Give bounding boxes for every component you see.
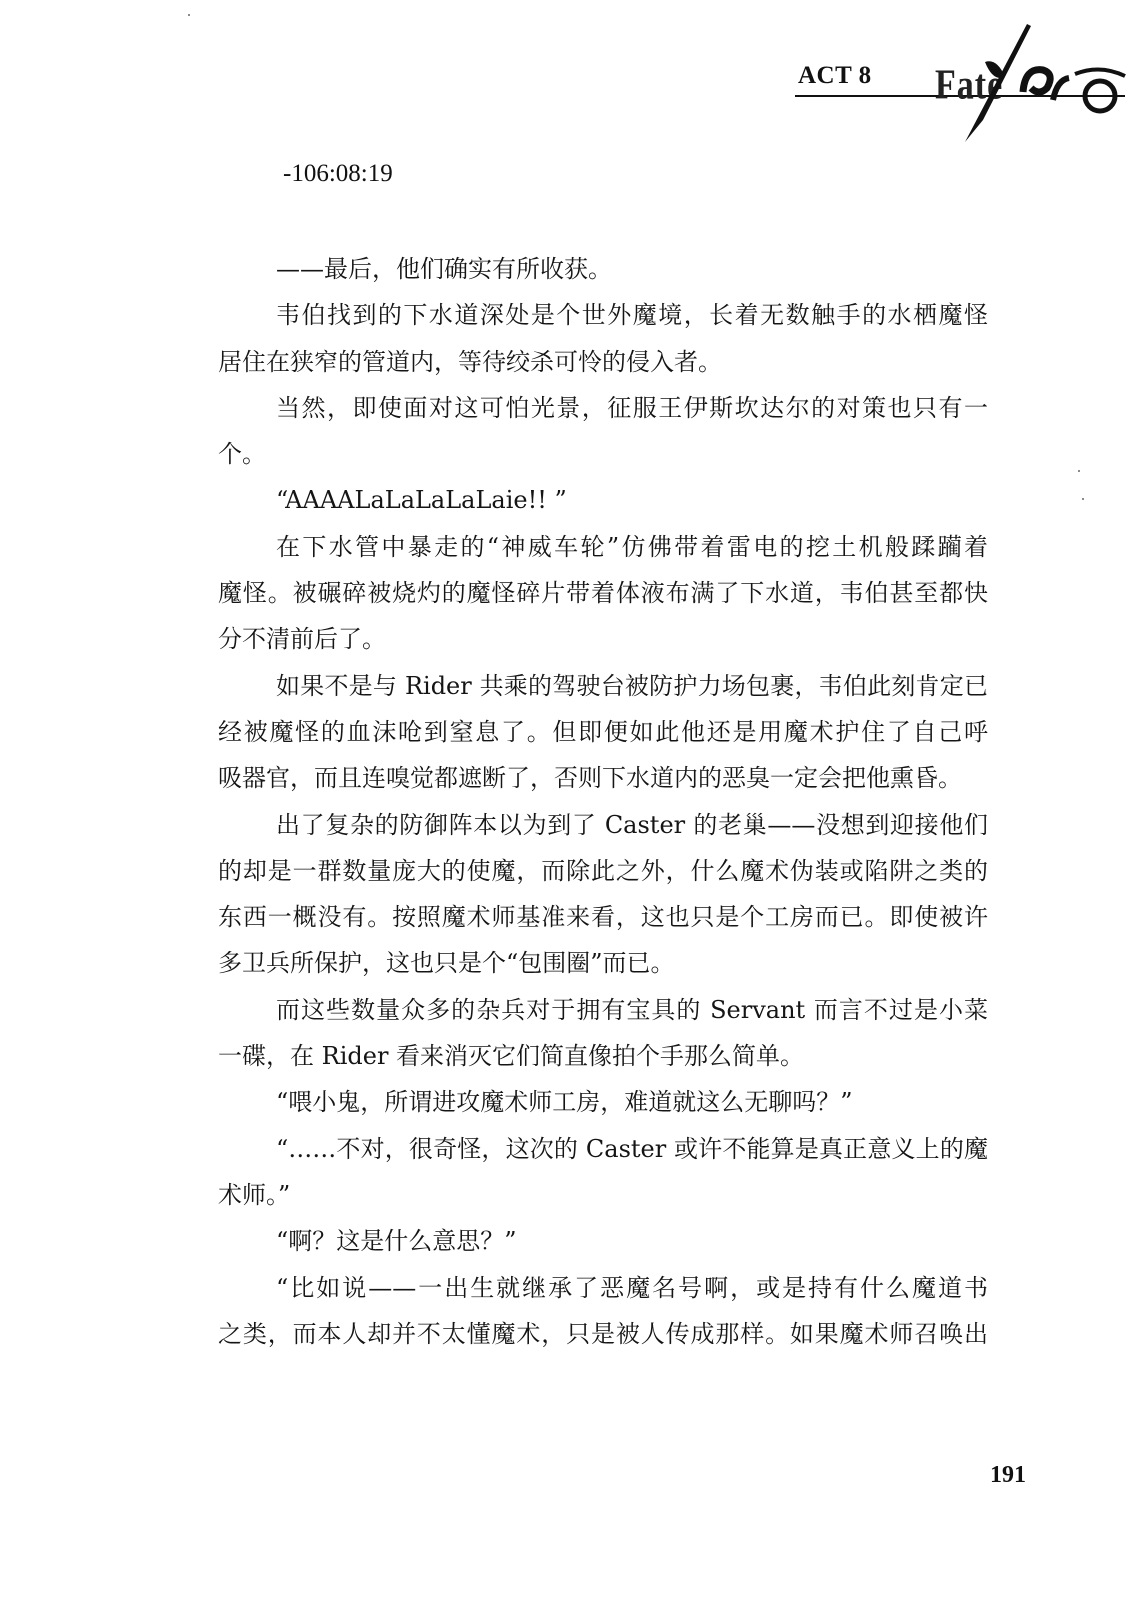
scene-timestamp: -106:08:19 xyxy=(283,160,393,188)
text-line: 魔怪。被碾碎被烧灼的魔怪碎片带着体液布满了下水道，韦伯甚至都快 xyxy=(218,570,988,616)
text-line: 经被魔怪的血沫呛到窒息了。但即便如此他还是用魔术护住了自己呼 xyxy=(218,709,988,755)
text-line: “啊？这是什么意思？” xyxy=(218,1218,988,1264)
text-line: 而这些数量众多的杂兵对于拥有宝具的 Servant 而言不过是小菜 xyxy=(218,987,988,1033)
text-line: ——最后，他们确实有所收获。 xyxy=(218,246,988,292)
scan-speck xyxy=(188,14,190,16)
text-line: 在下水管中暴走的“神威车轮”仿佛带着雷电的挖土机般蹂躏着 xyxy=(218,524,988,570)
body-text: ——最后，他们确实有所收获。韦伯找到的下水道深处是个世外魔境，长着无数触手的水栖… xyxy=(218,246,988,1357)
logo-zero-glyph-icon xyxy=(935,22,1135,147)
text-line: 多卫兵所保护，这也只是个“包围圈”而已。 xyxy=(218,940,988,986)
text-line: 东西一概没有。按照魔术师基准来看，这也只是个工房而已。即使被许 xyxy=(218,894,988,940)
chapter-label: ACT 8 xyxy=(798,62,872,90)
text-line: 如果不是与 Rider 共乘的驾驶台被防护力场包裹，韦伯此刻肯定已 xyxy=(218,663,988,709)
page-number: 191 xyxy=(990,1462,1026,1489)
text-line: 个。 xyxy=(218,431,988,477)
text-line: 分不清前后了。 xyxy=(218,616,988,662)
text-line: “比如说——一出生就继承了恶魔名号啊，或是持有什么魔道书 xyxy=(218,1265,988,1311)
text-line: “喂小鬼，所谓进攻魔术师工房，难道就这么无聊吗？” xyxy=(218,1079,988,1125)
text-line: “AAAALaLaLaLaLaie!! ” xyxy=(218,477,988,523)
scan-speck xyxy=(1082,498,1084,500)
text-line: 韦伯找到的下水道深处是个世外魔境，长着无数触手的水栖魔怪 xyxy=(218,292,988,338)
text-line: 一碟，在 Rider 看来消灭它们简直像拍个手那么简单。 xyxy=(218,1033,988,1079)
text-line: “……不对，很奇怪，这次的 Caster 或许不能算是真正意义上的魔 xyxy=(218,1126,988,1172)
text-line: 的却是一群数量庞大的使魔，而除此之外，什么魔术伪装或陷阱之类的 xyxy=(218,848,988,894)
text-line: 居住在狭窄的管道内，等待绞杀可怜的侵入者。 xyxy=(218,339,988,385)
text-line: 吸器官，而且连嗅觉都遮断了，否则下水道内的恶臭一定会把他熏昏。 xyxy=(218,755,988,801)
text-line: 出了复杂的防御阵本以为到了 Caster 的老巢——没想到迎接他们 xyxy=(218,802,988,848)
text-line: 之类，而本人却并不太懂魔术，只是被人传成那样。如果魔术师召唤出 xyxy=(218,1311,988,1357)
fate-zero-logo: Fate xyxy=(935,22,1135,147)
text-line: 当然，即使面对这可怕光景，征服王伊斯坎达尔的对策也只有一 xyxy=(218,385,988,431)
running-header: ACT 8 Fate xyxy=(0,0,1136,150)
text-line: 术师。” xyxy=(218,1172,988,1218)
scan-speck xyxy=(1078,470,1080,472)
